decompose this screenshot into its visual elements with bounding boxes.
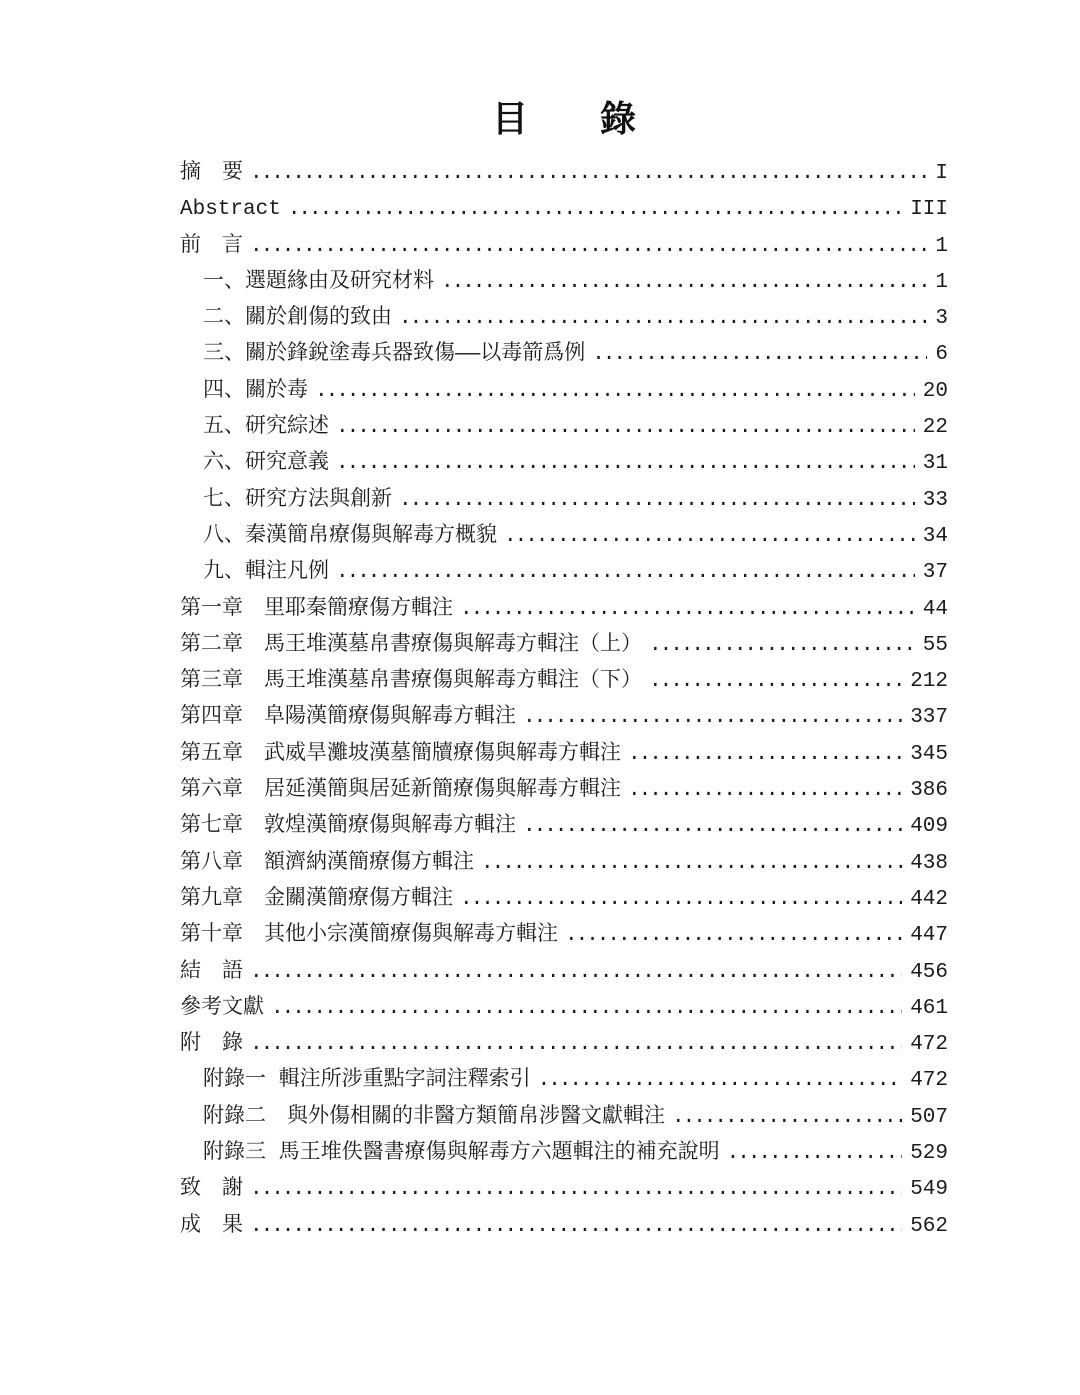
toc-row: 七、研究方法與創新...............................… [180, 483, 948, 519]
toc-row: 第三章 馬王堆漢墓帛書療傷與解毒方輯注（下）..................… [180, 664, 948, 700]
dot-leader: ........................................… [642, 628, 915, 664]
toc-entry-title: 九、輯注凡例 [203, 555, 329, 591]
dot-leader: ........................................… [243, 229, 927, 265]
dot-leader: ........................................… [392, 301, 927, 337]
dot-leader: ........................................… [308, 374, 915, 410]
toc-entry-page: 456 [910, 955, 948, 991]
toc-entry-page: 507 [910, 1100, 948, 1136]
toc-row: 第一章 里耶秦簡療傷方輯注...........................… [180, 592, 948, 628]
document-page: 目 錄 摘 要.................................… [0, 0, 1080, 1395]
dot-leader: ........................................… [621, 773, 902, 809]
toc-entry-title: 前 言 [180, 229, 243, 265]
dot-leader: ........................................… [585, 337, 927, 373]
toc-entry-title: 附錄二 與外傷相關的非醫方類簡帛涉醫文獻輯注 [203, 1100, 665, 1136]
toc-entry-page: 20 [923, 374, 948, 410]
toc-row: 第八章 額濟納漢簡療傷方輯注..........................… [180, 846, 948, 882]
toc-entry-page: 34 [923, 519, 948, 555]
toc-row: 六、研究意義..................................… [180, 446, 948, 482]
toc-row: 九、輯注凡例..................................… [180, 555, 948, 591]
toc-entry-title: 五、研究綜述 [203, 410, 329, 446]
toc-row: 第十章 其他小宗漢簡療傷與解毒方輯注......................… [180, 918, 948, 954]
toc-entry-page: 442 [910, 882, 948, 918]
toc-entry-title: 參考文獻 [180, 991, 264, 1027]
page-title: 目 錄 [180, 99, 948, 139]
toc-entry-title: 第一章 里耶秦簡療傷方輯注 [180, 592, 453, 628]
toc-entry-page: 562 [910, 1209, 948, 1245]
toc-row: 第四章 阜陽漢簡療傷與解毒方輯注........................… [180, 700, 948, 736]
dot-leader: ........................................… [621, 737, 902, 773]
dot-leader: ........................................… [516, 700, 902, 736]
dot-leader: ........................................… [497, 519, 915, 555]
dot-leader: ........................................… [558, 918, 902, 954]
toc-entry-page: 409 [910, 809, 948, 845]
toc-row: 第六章 居延漢簡與居延新簡療傷與解毒方輯注...................… [180, 773, 948, 809]
toc-entry-title: 第四章 阜陽漢簡療傷與解毒方輯注 [180, 700, 516, 736]
dot-leader: ........................................… [516, 809, 902, 845]
toc-entry-page: 44 [923, 592, 948, 628]
toc-row: 第九章 金關漢簡療傷方輯注...........................… [180, 882, 948, 918]
toc-entry-page: I [935, 156, 948, 192]
toc-row: 五、研究綜述..................................… [180, 410, 948, 446]
dot-leader: ........................................… [329, 555, 915, 591]
toc-entry-title: 摘 要 [180, 156, 243, 192]
dot-leader: ........................................… [281, 192, 902, 228]
toc-entry-title: 一、選題緣由及研究材料 [203, 265, 434, 301]
dot-leader: ........................................… [665, 1100, 902, 1136]
toc-list: 摘 要.....................................… [180, 156, 948, 1245]
toc-row: 參考文獻....................................… [180, 991, 948, 1027]
dot-leader: ........................................… [434, 265, 927, 301]
toc-entry-title: 三、關於鋒銳塗毒兵器致傷——以毒箭爲例 [203, 337, 585, 373]
toc-entry-title: 結 語 [180, 955, 243, 991]
dot-leader: ........................................… [720, 1136, 903, 1172]
toc-entry-title: 第五章 武威旱灘坡漢墓簡牘療傷與解毒方輯注 [180, 737, 621, 773]
dot-leader: ........................................… [329, 446, 915, 482]
toc-entry-title: 附 錄 [180, 1027, 243, 1063]
toc-row: 致 謝.....................................… [180, 1172, 948, 1208]
dot-leader: ........................................… [243, 1172, 902, 1208]
toc-row: 一、選題緣由及研究材料.............................… [180, 265, 948, 301]
toc-entry-title: 二、關於創傷的致由 [203, 301, 392, 337]
dot-leader: ........................................… [243, 156, 927, 192]
toc-entry-title: 八、秦漢簡帛療傷與解毒方概貌 [203, 519, 497, 555]
toc-entry-page: 6 [935, 337, 948, 373]
toc-entry-page: 33 [923, 483, 948, 519]
toc-entry-page: 345 [910, 737, 948, 773]
toc-entry-page: 461 [910, 991, 948, 1027]
toc-entry-page: 447 [910, 918, 948, 954]
toc-entry-page: 337 [910, 700, 948, 736]
toc-row: 二、關於創傷的致由...............................… [180, 301, 948, 337]
toc-entry-page: 549 [910, 1172, 948, 1208]
toc-entry-page: 55 [923, 628, 948, 664]
toc-entry-page: 1 [935, 229, 948, 265]
toc-entry-title: 第九章 金關漢簡療傷方輯注 [180, 882, 453, 918]
dot-leader: ........................................… [243, 1027, 902, 1063]
toc-row: 成 果.....................................… [180, 1209, 948, 1245]
dot-leader: ........................................… [453, 882, 902, 918]
toc-entry-title: 六、研究意義 [203, 446, 329, 482]
toc-row: 四、關於毒...................................… [180, 374, 948, 410]
toc-entry-page: 212 [910, 664, 948, 700]
toc-row: 八、秦漢簡帛療傷與解毒方概貌..........................… [180, 519, 948, 555]
toc-entry-page: 472 [910, 1063, 948, 1099]
toc-entry-title: 第十章 其他小宗漢簡療傷與解毒方輯注 [180, 918, 558, 954]
toc-row: 三、關於鋒銳塗毒兵器致傷——以毒箭爲例.....................… [180, 337, 948, 373]
toc-entry-page: 386 [910, 773, 948, 809]
dot-leader: ........................................… [453, 592, 915, 628]
toc-row: 前 言.....................................… [180, 229, 948, 265]
toc-entry-page: 1 [935, 265, 948, 301]
toc-entry-title: 致 謝 [180, 1172, 243, 1208]
toc-row: 第七章 敦煌漢簡療傷與解毒方輯注........................… [180, 809, 948, 845]
toc-entry-page: III [910, 192, 948, 228]
toc-entry-title: 附錄一 輯注所涉重點字詞注釋索引 [203, 1063, 531, 1099]
toc-entry-title: 第六章 居延漢簡與居延新簡療傷與解毒方輯注 [180, 773, 621, 809]
toc-row: 摘 要.....................................… [180, 156, 948, 192]
dot-leader: ........................................… [642, 664, 902, 700]
toc-row: 附 錄.....................................… [180, 1027, 948, 1063]
toc-row: 附錄一 輯注所涉重點字詞注釋索引........................… [180, 1063, 948, 1099]
toc-row: 附錄二 與外傷相關的非醫方類簡帛涉醫文獻輯注..................… [180, 1100, 948, 1136]
toc-entry-title: Abstract [180, 192, 281, 228]
toc-row: 第五章 武威旱灘坡漢墓簡牘療傷與解毒方輯注...................… [180, 737, 948, 773]
toc-entry-title: 第二章 馬王堆漢墓帛書療傷與解毒方輯注（上） [180, 628, 642, 664]
dot-leader: ........................................… [329, 410, 915, 446]
toc-entry-title: 四、關於毒 [203, 374, 308, 410]
dot-leader: ........................................… [531, 1063, 903, 1099]
dot-leader: ........................................… [474, 846, 902, 882]
toc-entry-title: 第三章 馬王堆漢墓帛書療傷與解毒方輯注（下） [180, 664, 642, 700]
toc-row: 第二章 馬王堆漢墓帛書療傷與解毒方輯注（上）..................… [180, 628, 948, 664]
toc-entry-page: 22 [923, 410, 948, 446]
toc-entry-title: 七、研究方法與創新 [203, 483, 392, 519]
toc-entry-page: 31 [923, 446, 948, 482]
toc-row: Abstract................................… [180, 192, 948, 228]
dot-leader: ........................................… [243, 1209, 902, 1245]
toc-entry-page: 438 [910, 846, 948, 882]
toc-entry-title: 附錄三 馬王堆佚醫書療傷與解毒方六題輯注的補充說明 [203, 1136, 720, 1172]
toc-entry-title: 第七章 敦煌漢簡療傷與解毒方輯注 [180, 809, 516, 845]
dot-leader: ........................................… [392, 483, 915, 519]
toc-entry-title: 第八章 額濟納漢簡療傷方輯注 [180, 846, 474, 882]
dot-leader: ........................................… [264, 991, 902, 1027]
toc-row: 結 語.....................................… [180, 955, 948, 991]
toc-entry-page: 529 [910, 1136, 948, 1172]
toc-entry-page: 37 [923, 555, 948, 591]
toc-entry-page: 3 [935, 301, 948, 337]
dot-leader: ........................................… [243, 955, 902, 991]
toc-entry-page: 472 [910, 1027, 948, 1063]
toc-entry-title: 成 果 [180, 1209, 243, 1245]
toc-row: 附錄三 馬王堆佚醫書療傷與解毒方六題輯注的補充說明...............… [180, 1136, 948, 1172]
